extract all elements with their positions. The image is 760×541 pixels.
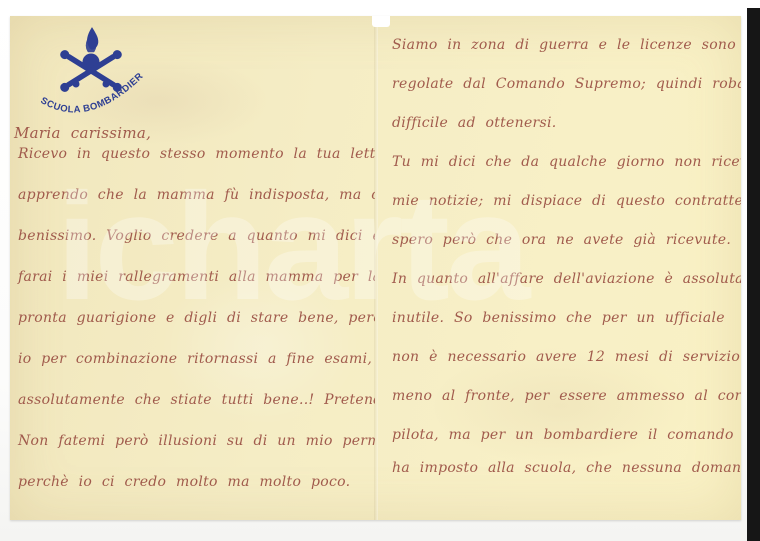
handwriting-line: difficile ad ottenersi.: [392, 104, 741, 143]
scan-edge-strip: [747, 8, 760, 541]
handwriting-line: assolutamente che stiate tutti bene..! P…: [18, 380, 375, 421]
scuola-bombardieri-emblem: SCUOLA BOMBARDIERI: [38, 26, 150, 130]
letter-page-right: Siamo in zona di guerra e le licenze son…: [376, 16, 741, 520]
handwriting-line: io per combinazione ritornassi a fine es…: [18, 339, 375, 380]
handwriting-line: In quanto all'affare dell'aviazione è as…: [392, 260, 741, 299]
handwriting-line: meno al fronte, per essere ammesso al co…: [392, 377, 741, 416]
last-line-pre: ha imposto alla scuola, che nessuna doma…: [392, 460, 741, 476]
handwriting-line: mie notizie; mi dispiace di questo contr…: [392, 182, 741, 221]
flaming-grenade-icon: [59, 28, 124, 94]
page-fold-crease: [374, 16, 378, 520]
handwriting-line: non è necessario avere 12 mesi di serviz…: [392, 338, 741, 377]
handwriting-line: Ricevo in questo stesso momento la tua l…: [18, 134, 375, 175]
handwriting-line: apprendo che la mamma fù indisposta, ma …: [18, 175, 375, 216]
handwriting-line: spero però che ora ne avete già ricevute…: [392, 221, 741, 260]
handwriting-line: farai i miei rallegramenti alla mamma pe…: [18, 257, 375, 298]
handwriting-line-with-insertion: ha imposto alla scuola, che nessuna doma…: [392, 460, 741, 476]
letter-scan: SCUOLA BOMBARDIERI Maria carissima, Rice…: [10, 16, 741, 520]
handwriting-line: Tu mi dici che da qualche giorno non ric…: [392, 143, 741, 182]
scan-notch: [372, 16, 390, 27]
handwriting-line: Siamo in zona di guerra e le licenze son…: [392, 26, 741, 65]
left-page-text: Ricevo in questo stesso momento la tua l…: [18, 134, 375, 503]
handwriting-line: inutile. So benissimo che per un ufficia…: [392, 299, 741, 338]
handwriting-line: pronta guarigione e digli di stare bene,…: [18, 298, 375, 339]
handwriting-line: Non fatemi però illusioni su di un mio p…: [18, 421, 375, 462]
handwriting-line: pilota, ma per un bombardiere il comando…: [392, 416, 741, 455]
handwriting-line: perchè io ci credo molto ma molto poco.: [18, 462, 375, 503]
right-page-text: Siamo in zona di guerra e le licenze son…: [392, 26, 741, 455]
letter-page-left: SCUOLA BOMBARDIERI Maria carissima, Rice…: [10, 16, 375, 520]
handwriting-line: regolate dal Comando Supremo; quindi rob…: [392, 65, 741, 104]
handwriting-line: benissimo. Voglio credere a quanto mi di…: [18, 216, 375, 257]
